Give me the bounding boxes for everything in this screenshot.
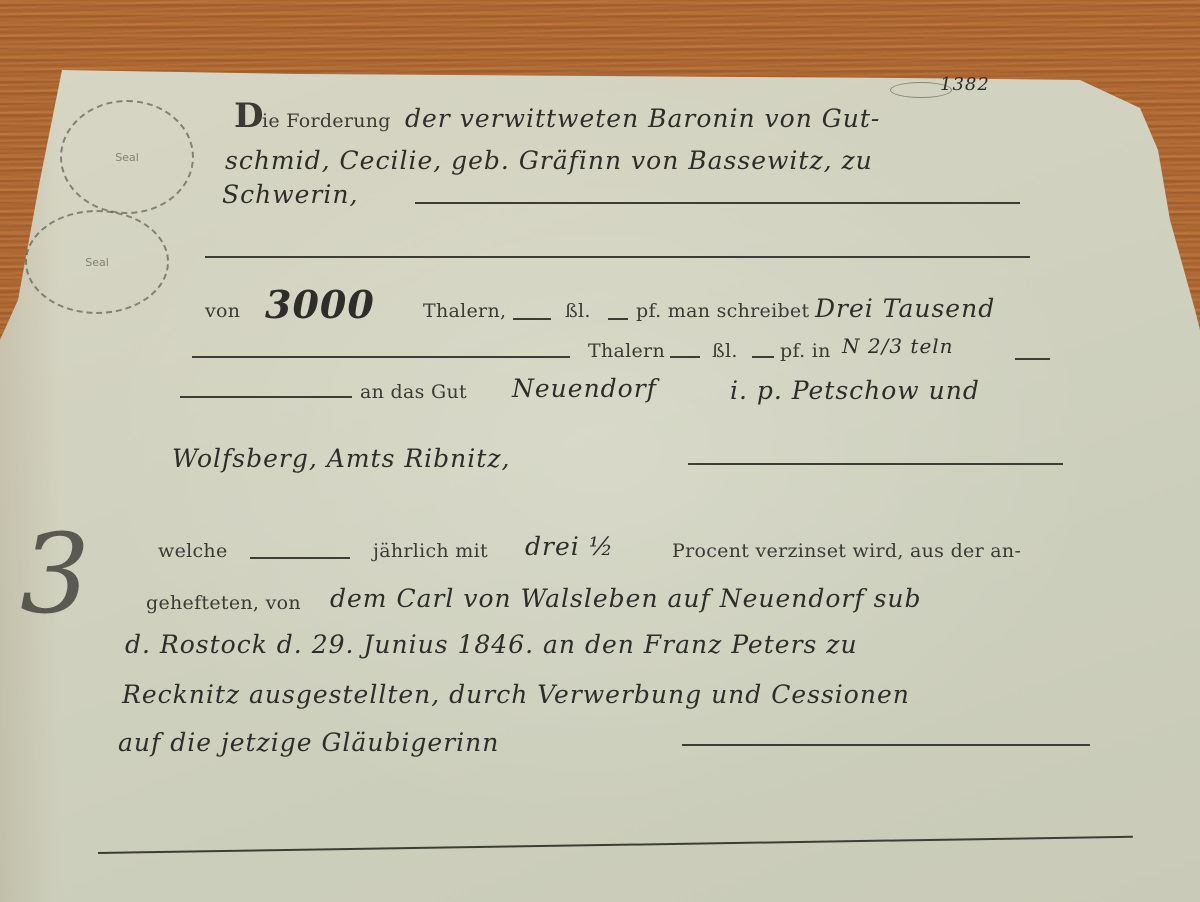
printed-text: von: [205, 300, 240, 322]
printed-text: Thalern: [588, 340, 665, 362]
blank-line: [752, 356, 774, 358]
handwritten-text: dem Carl von Walsleben auf Neuendorf sub: [330, 584, 922, 613]
printed-text: Procent verzinset wird, aus der an-: [672, 540, 1021, 562]
printed-text: Thalern,: [423, 300, 506, 322]
blank-line: [1015, 358, 1050, 360]
printed-text: pf. man schreibet: [636, 300, 809, 322]
stamp-label: Seal: [115, 151, 139, 164]
blank-line: [670, 356, 700, 358]
handwritten-text: d. Rostock d. 29. Junius 1846. an den Fr…: [125, 630, 858, 659]
blank-line: [205, 256, 1030, 258]
blank-line: [682, 744, 1090, 746]
stamp-label: Seal: [85, 256, 109, 269]
blank-line: [250, 557, 350, 559]
handwritten-text: Recknitz ausgestellten, durch Verwerbung…: [122, 680, 910, 709]
printed-text: ßl.: [565, 300, 591, 322]
printed-text: an das Gut: [360, 381, 467, 403]
amount-value: 3000: [265, 282, 375, 327]
printed-text: ßl.: [712, 340, 738, 362]
handwritten-text: schmid, Cecilie, geb. Gräfinn von Bassew…: [225, 146, 873, 175]
handwritten-text: Wolfsberg, Amts Ribnitz,: [172, 444, 510, 473]
printed-text: welche: [158, 540, 228, 562]
printed-text: jährlich mit: [373, 540, 488, 562]
seal-stamp-icon: Seal: [60, 100, 194, 214]
blank-line: [192, 356, 570, 358]
handwritten-text: auf die jetzige Gläubigerinn: [118, 728, 499, 757]
margin-number: 3: [20, 510, 90, 638]
estate-name: Neuendorf: [512, 374, 657, 403]
seal-stamp-icon: Seal: [25, 210, 169, 314]
handwritten-text: Schwerin,: [222, 180, 358, 209]
printed-text: gehefteten, von: [146, 592, 301, 614]
blank-line: [180, 396, 352, 398]
decorative-initial: D: [234, 96, 263, 136]
handwritten-text: i. p. Petschow und: [730, 376, 980, 405]
printed-text: ie Forderung: [262, 110, 391, 132]
blank-line: [415, 202, 1020, 204]
blank-line: [688, 463, 1063, 465]
interest-rate: drei ½: [525, 532, 614, 561]
blank-line: [608, 318, 628, 320]
blank-line: [513, 318, 551, 320]
amount-in-words: Drei Tausend: [815, 294, 995, 323]
printed-text: pf. in: [780, 340, 831, 362]
archive-number-flourish: [890, 82, 952, 98]
currency-text: N 2/3 teln: [842, 334, 954, 358]
handwritten-text: der verwittweten Baronin von Gut-: [405, 104, 880, 133]
